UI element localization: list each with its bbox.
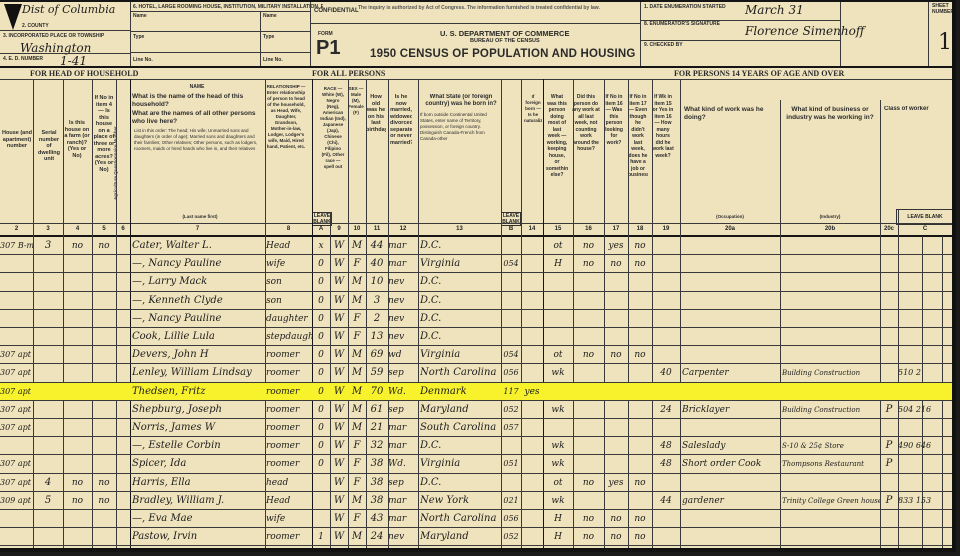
cell-race: W [330, 419, 348, 437]
cell-farm [63, 419, 92, 437]
cell-class-of-worker [880, 528, 898, 546]
cell-person-name: Pastow, Irvin [132, 528, 265, 546]
cell-leave-blank-b: 056 [501, 364, 521, 382]
cell-naturalized [521, 510, 543, 528]
cell-worked: no [573, 510, 604, 528]
cell-industry [782, 383, 880, 401]
cell-has-job [628, 492, 652, 510]
colnum-7: 7 [130, 224, 265, 235]
cell-has-job: no [628, 346, 652, 364]
cell-class-of-worker [880, 364, 898, 382]
cell-leave-blank-b [501, 437, 521, 455]
cell-birthplace: D.C. [420, 437, 501, 455]
form-title: 1950 CENSUS OF POPULATION AND HOUSING [370, 48, 636, 60]
cell-looking-for-work [604, 292, 628, 310]
col-header-occupation-foot: (Occupation) [700, 214, 760, 221]
cell-activity [543, 328, 573, 346]
cell-acres [92, 528, 116, 546]
cell-house-number: 307 apt 8 [0, 455, 33, 473]
cell-house-number: 307 apt 5 [0, 383, 33, 401]
cell-person-name: Norris, James W [132, 419, 265, 437]
cell-has-job [628, 273, 652, 291]
col-header-age: How old was he on his last birthday? [366, 94, 386, 133]
cell-activity: H [543, 510, 573, 528]
cell-person-name: —, Estelle Corbin [132, 437, 265, 455]
cell-house-number [0, 310, 33, 328]
colnum-9: 9 [330, 224, 348, 235]
cell-serial-number [33, 437, 63, 455]
cell-worked: no [573, 346, 604, 364]
cell-birthplace: Denmark [420, 383, 501, 401]
cell-age: 59 [366, 364, 388, 382]
colnum-20b: 20b [780, 224, 880, 235]
cell-sex: M [348, 273, 366, 291]
cell-class-of-worker [880, 510, 898, 528]
cell-race: W [330, 474, 348, 492]
table-row[interactable]: 307 apt 2Devers, John Hroomer0WM69wdVirg… [0, 346, 952, 364]
col-header-birthplace: What State (or foreign country) was he b… [420, 94, 502, 107]
cell-naturalized [521, 273, 543, 291]
table-row[interactable]: —, Larry Mackson0WM10nevD.C. [0, 273, 952, 291]
cell-leave-blank-c [898, 510, 952, 528]
table-row[interactable]: 307 apt 4Lenley, William Lindsayroomer0W… [0, 364, 952, 382]
cell-relationship: roomer [266, 364, 312, 382]
cell-occupation [682, 310, 780, 328]
cell-industry [782, 328, 880, 346]
cell-activity: ot [543, 237, 573, 255]
table-row[interactable]: 307 apt 34nonoHarris, EllaheadWF38sepD.C… [0, 474, 952, 492]
table-row[interactable]: —, Eva MaewifeWF43marNorth Carolina056Hn… [0, 510, 952, 528]
section-household: FOR HEAD OF HOUSEHOLD [30, 69, 138, 78]
table-row[interactable]: —, Nancy Paulinedaughter0WF2nevD.C. [0, 310, 952, 328]
cell-leave-blank-c [898, 310, 952, 328]
cell-leave-blank-b [501, 237, 521, 255]
cell-birthplace: North Carolina [420, 510, 501, 528]
section-persons-14: FOR PERSONS 14 YEARS OF AGE AND OVER [674, 69, 844, 78]
cell-marital-status: Wd. [388, 383, 418, 401]
cell-sex: M [348, 492, 366, 510]
sheet-number: 1 [938, 30, 952, 55]
cell-activity [543, 292, 573, 310]
cell-leave-blank-b: 054 [501, 255, 521, 273]
cell-leave-blank-b: 052 [501, 528, 521, 546]
cell-relationship: son [266, 273, 312, 291]
cell-birthplace: Maryland [420, 401, 501, 419]
cell-activity: H [543, 255, 573, 273]
colnum-10: 10 [348, 224, 366, 235]
cell-activity: wk [543, 364, 573, 382]
cell-farm: no [63, 492, 92, 510]
cell-hours: 40 [652, 364, 680, 382]
cell-industry [782, 273, 880, 291]
cell-hours [652, 528, 680, 546]
cell-age: 21 [366, 419, 388, 437]
cell-sex: M [348, 292, 366, 310]
cell-house-number [0, 328, 33, 346]
cell-hours [652, 510, 680, 528]
cell-hours [652, 419, 680, 437]
cell-age: 3 [366, 292, 388, 310]
col-header-class: Class of worker [884, 106, 952, 113]
cell-naturalized [521, 328, 543, 346]
cell-sex: F [348, 455, 366, 473]
cell-race: W [330, 273, 348, 291]
cell-relationship: Head [266, 237, 312, 255]
cell-serial-number [33, 292, 63, 310]
table-row[interactable]: Cook, Lillie Lulastepdaughter0WF13nevD.C… [0, 328, 952, 346]
cell-birthplace: New York [420, 492, 501, 510]
cell-activity: wk [543, 401, 573, 419]
cell-house-number: 307 apt 4 [0, 364, 33, 382]
cell-naturalized [521, 292, 543, 310]
cell-marital-status: mar [388, 510, 418, 528]
cell-age: 38 [366, 474, 388, 492]
cell-hours [652, 346, 680, 364]
cell-relationship: roomer [266, 528, 312, 546]
cell-race: W [330, 528, 348, 546]
county-value: Dist of Columbia [22, 3, 115, 16]
cell-birthplace: D.C. [420, 474, 501, 492]
cell-worked [573, 310, 604, 328]
table-row[interactable]: Pastow, Irvinroomer1WM24nevMaryland052Hn… [0, 528, 952, 546]
cell-race: W [330, 510, 348, 528]
cell-worked: no [573, 474, 604, 492]
cell-leave-blank-a: 0 [312, 401, 330, 419]
cell-worked: no [573, 237, 604, 255]
cell-leave-blank-b [501, 328, 521, 346]
cell-hours: 48 [652, 455, 680, 473]
cell-leave-blank-b [501, 292, 521, 310]
cell-marital-status: mar [388, 492, 418, 510]
cell-has-job: no [628, 255, 652, 273]
cell-sex: F [348, 328, 366, 346]
cell-leave-blank-c [898, 292, 952, 310]
table-row[interactable]: 309 apt 25nonoBradley, William J.HeadWM3… [0, 492, 952, 510]
colnum-8: 8 [265, 224, 312, 235]
cell-acres [92, 310, 116, 328]
cell-house-number [0, 510, 33, 528]
cell-farm: no [63, 474, 92, 492]
cell-acres [92, 455, 116, 473]
cell-relationship: stepdaughter [266, 328, 312, 346]
cell-industry [782, 510, 880, 528]
cell-industry: Thompsons Restaurant [782, 455, 880, 473]
colnum-11: 11 [366, 224, 388, 235]
table-row[interactable]: 307 B-mnt3nonoCater, Walter L.HeadxWM44m… [0, 237, 952, 255]
cell-leave-blank-a: 0 [312, 346, 330, 364]
cell-occupation [682, 292, 780, 310]
cell-acres [92, 292, 116, 310]
county-label: 2. COUNTY [22, 23, 49, 29]
cell-person-name: Cook, Lillie Lula [132, 328, 265, 346]
cell-class-of-worker [880, 237, 898, 255]
date-label: 1. DATE ENUMERATION STARTED [644, 4, 726, 10]
cell-serial-number [33, 328, 63, 346]
colnum-6: 6 [116, 224, 130, 235]
cell-house-number [0, 273, 33, 291]
census-sheet: 2. COUNTY Dist of Columbia 3. INCORPORAT… [0, 0, 956, 552]
cell-race: W [330, 237, 348, 255]
cell-age: 10 [366, 273, 388, 291]
col-header-name-q1: What is the name of the head of this hou… [132, 93, 262, 108]
table-row[interactable]: 307 apt 5Thedsen, Fritzroomer0WM70Wd.Den… [0, 383, 952, 401]
hotel-type-label-2: Type [263, 34, 274, 40]
table-row[interactable]: —, Nancy Paulinewife0WF40marVirginia054H… [0, 255, 952, 273]
cell-farm [63, 401, 92, 419]
cell-leave-blank-a: x [312, 237, 330, 255]
cell-race: W [330, 437, 348, 455]
cell-class-of-worker [880, 328, 898, 346]
cell-occupation [682, 237, 780, 255]
cell-race: W [330, 346, 348, 364]
cell-relationship: roomer [266, 346, 312, 364]
cell-race: W [330, 455, 348, 473]
table-row[interactable]: 307 apt 8Spicer, Idaroomer0WF38Wd.Virgin… [0, 455, 952, 473]
cell-house-number [0, 292, 33, 310]
cell-worked [573, 364, 604, 382]
cell-industry [782, 255, 880, 273]
cell-birthplace: Virginia [420, 346, 501, 364]
cell-occupation [682, 528, 780, 546]
cell-leave-blank-a: 0 [312, 455, 330, 473]
cell-hours: 24 [652, 401, 680, 419]
cell-naturalized [521, 419, 543, 437]
cell-relationship: roomer [266, 455, 312, 473]
cell-naturalized [521, 401, 543, 419]
cell-leave-blank-c: 510 2 [898, 364, 952, 382]
cell-farm [63, 455, 92, 473]
cell-occupation: Carpenter [682, 364, 780, 382]
cell-marital-status: mar [388, 419, 418, 437]
col-header-race: RACE — White (W), Negro (Neg), American … [320, 86, 346, 170]
cell-serial-number [33, 455, 63, 473]
cell-looking-for-work: yes [604, 474, 628, 492]
cell-naturalized [521, 528, 543, 546]
colnum-13: 13 [418, 224, 501, 235]
col-header-name-foot: (Last name first) [170, 214, 230, 221]
cell-farm [63, 383, 92, 401]
cell-farm [63, 364, 92, 382]
cell-person-name: Spicer, Ida [132, 455, 265, 473]
cell-farm [63, 346, 92, 364]
bureau-name: BUREAU OF THE CENSUS [470, 38, 540, 44]
cell-industry [782, 292, 880, 310]
cell-has-job: no [628, 510, 652, 528]
cell-age: 38 [366, 455, 388, 473]
cell-occupation [682, 346, 780, 364]
cell-occupation [682, 383, 780, 401]
cell-acres: no [92, 492, 116, 510]
cell-leave-blank-c: 504 216 [898, 401, 952, 419]
cell-leave-blank-a: 0 [312, 383, 330, 401]
cell-acres: no [92, 474, 116, 492]
cell-class-of-worker [880, 419, 898, 437]
cell-has-job [628, 328, 652, 346]
cell-activity: H [543, 528, 573, 546]
cell-occupation [682, 328, 780, 346]
cell-industry [782, 419, 880, 437]
cell-sex: M [348, 364, 366, 382]
cell-industry [782, 310, 880, 328]
col-header-activity: What was this person doing most of last … [546, 94, 568, 179]
cell-naturalized [521, 346, 543, 364]
colnum-19: 19 [652, 224, 680, 235]
cell-marital-status: mar [388, 437, 418, 455]
cell-leave-blank-a: 0 [312, 328, 330, 346]
cell-leave-blank-c: 833 153 [898, 492, 952, 510]
cell-person-name: Harris, Ella [132, 474, 265, 492]
cell-occupation: Saleslady [682, 437, 780, 455]
confidential-note: The inquiry is authorized by Act of Cong… [358, 5, 628, 19]
cell-birthplace: D.C. [420, 273, 501, 291]
cell-acres [92, 383, 116, 401]
cell-sex: M [348, 528, 366, 546]
cell-worked [573, 492, 604, 510]
cell-hours [652, 474, 680, 492]
cell-class-of-worker [880, 273, 898, 291]
cell-class-of-worker [880, 346, 898, 364]
cell-leave-blank-b [501, 310, 521, 328]
cell-activity: wk [543, 455, 573, 473]
cell-class-of-worker: P [880, 455, 898, 473]
table-row[interactable]: 307 apt 7Norris, James Wroomer0WM21marSo… [0, 419, 952, 437]
cell-has-job [628, 292, 652, 310]
cell-industry: Building Construction [782, 401, 880, 419]
cell-marital-status: wd [388, 346, 418, 364]
colnum-20c: 20c [880, 224, 898, 235]
cell-farm [63, 328, 92, 346]
cell-house-number: 307 apt 6 [0, 401, 33, 419]
cell-leave-blank-c [898, 255, 952, 273]
cell-has-job [628, 437, 652, 455]
sheet-number-label: SHEET NUMBER [932, 3, 952, 15]
cell-sex: F [348, 255, 366, 273]
cell-naturalized [521, 255, 543, 273]
cell-serial-number [33, 383, 63, 401]
cell-farm [63, 528, 92, 546]
cell-leave-blank-b: 051 [501, 455, 521, 473]
cell-birthplace: Maryland [420, 528, 501, 546]
cell-hours: 48 [652, 437, 680, 455]
cell-leave-blank-a [312, 510, 330, 528]
cell-looking-for-work: no [604, 255, 628, 273]
cell-sex: F [348, 310, 366, 328]
cell-activity: wk [543, 437, 573, 455]
cell-relationship: roomer [266, 437, 312, 455]
colnum-5: 5 [92, 224, 116, 235]
cell-leave-blank-a: 0 [312, 310, 330, 328]
cell-marital-status: sep [388, 474, 418, 492]
col-header-industry: What kind of business or industry was he… [784, 106, 876, 121]
cell-occupation: gardener [682, 492, 780, 510]
cell-serial-number [33, 310, 63, 328]
cell-industry: Trinity College Green house [782, 492, 880, 510]
colnum-20a: 20a [680, 224, 780, 235]
cell-age: 38 [366, 492, 388, 510]
cell-age: 24 [366, 528, 388, 546]
cell-birthplace: North Carolina [420, 364, 501, 382]
cell-occupation [682, 474, 780, 492]
cell-relationship: Head [266, 492, 312, 510]
cell-activity [543, 310, 573, 328]
cell-age: 32 [366, 437, 388, 455]
cell-race: W [330, 255, 348, 273]
cell-industry: Building Construction [782, 364, 880, 382]
cell-person-name: —, Eva Mae [132, 510, 265, 528]
cell-looking-for-work [604, 310, 628, 328]
col-header-sex: SEX — Male (M), Female (F) [348, 86, 364, 116]
cell-acres [92, 346, 116, 364]
cell-industry [782, 474, 880, 492]
cell-leave-blank-c [898, 328, 952, 346]
cell-activity [543, 419, 573, 437]
cell-industry [782, 237, 880, 255]
cell-sex: M [348, 237, 366, 255]
cell-race: W [330, 492, 348, 510]
cell-has-job: no [628, 237, 652, 255]
cell-looking-for-work [604, 437, 628, 455]
cell-occupation [682, 255, 780, 273]
cell-farm [63, 437, 92, 455]
col-header-name-q2: What are the names of all other persons … [132, 110, 262, 125]
section-all-persons: FOR ALL PERSONS [312, 69, 385, 78]
cell-naturalized [521, 455, 543, 473]
col-header-house: House (and apartment) number [2, 130, 32, 150]
cell-relationship: wife [266, 510, 312, 528]
cell-occupation: Short order Cook [682, 455, 780, 473]
cell-leave-blank-b [501, 474, 521, 492]
cell-farm [63, 255, 92, 273]
cell-birthplace: Virginia [420, 255, 501, 273]
col-header-looking: If No in item 16 — Was this person looki… [604, 94, 624, 146]
ed-label: 4. E. D. NUMBER [3, 56, 43, 62]
cell-house-number: 307 apt 2 [0, 346, 33, 364]
cell-person-name: Cater, Walter L. [132, 237, 265, 255]
cell-house-number: 307 B-mnt [0, 237, 33, 255]
checked-label: 9. CHECKED BY [644, 42, 683, 48]
cell-farm [63, 310, 92, 328]
cell-relationship: daughter [266, 310, 312, 328]
cell-birthplace: D.C. [420, 328, 501, 346]
cell-naturalized [521, 364, 543, 382]
cell-race: W [330, 401, 348, 419]
cell-looking-for-work: no [604, 510, 628, 528]
cell-acres [92, 273, 116, 291]
cell-marital-status: nev [388, 273, 418, 291]
cell-hours [652, 310, 680, 328]
col-header-occupation: What kind of work was he doing? [684, 106, 774, 121]
cell-relationship: wife [266, 255, 312, 273]
cell-leave-blank-a: 0 [312, 419, 330, 437]
cell-house-number [0, 528, 33, 546]
hotel-label: 6. HOTEL, LARGE ROOMING HOUSE, INSTITUTI… [133, 4, 323, 10]
cell-age: 61 [366, 401, 388, 419]
cell-race: W [330, 364, 348, 382]
cell-worked [573, 383, 604, 401]
cell-serial-number: 4 [33, 474, 63, 492]
table-row[interactable]: —, Estelle Corbinroomer0WF32marD.C.wk48S… [0, 437, 952, 455]
cell-acres [92, 419, 116, 437]
cell-serial-number [33, 419, 63, 437]
cell-has-job: no [628, 528, 652, 546]
cell-sex: F [348, 510, 366, 528]
cell-marital-status: mar [388, 255, 418, 273]
table-row[interactable]: 307 apt 6Shepburg, Josephroomer0WM61sepM… [0, 401, 952, 419]
cell-marital-status: sep [388, 401, 418, 419]
cell-leave-blank-c [898, 474, 952, 492]
table-row[interactable]: —, Kenneth Clydeson0WM3nevD.C. [0, 292, 952, 310]
hotel-type-label-1: Type [133, 34, 144, 40]
